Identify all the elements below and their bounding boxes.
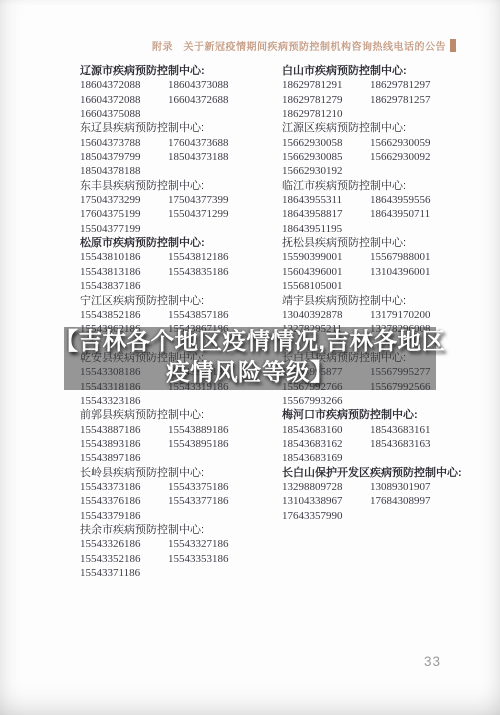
center-title: 东丰县疾病预防控制中心: [80, 179, 280, 193]
phone-number: 13089301907 [370, 481, 431, 493]
phone-number: 13179170200 [370, 309, 431, 321]
phone-row: 16604375088 [80, 107, 280, 121]
phone-number: 15543375186 [168, 481, 229, 493]
center-title: 东辽县疾病预防控制中心: [80, 121, 280, 135]
phone-number: 15543810186 [80, 250, 168, 264]
phone-number: 15543895186 [168, 438, 229, 450]
phone-number: 15543353186 [168, 553, 229, 565]
phone-row: 15543323186 [80, 394, 280, 408]
center-title: 宁江区疾病预防控制中心: [80, 294, 280, 308]
phone-number: 15543889186 [168, 424, 229, 436]
phone-number: 15662930192 [282, 165, 343, 177]
phone-number: 13104396001 [370, 266, 431, 278]
phone-row: 1304039287813179170200 [282, 308, 482, 322]
phone-row: 1560439600113104396001 [282, 265, 482, 279]
phone-number: 18643950711 [370, 208, 430, 220]
phone-number: 18543683160 [282, 423, 370, 437]
header-note: 附录 关于新冠疫情期间疾病预防控制机构咨询热线电话的公告 [152, 38, 456, 53]
phone-number: 18504379799 [80, 150, 168, 164]
phone-number: 13104338967 [282, 494, 370, 508]
phone-number: 18604373088 [168, 79, 229, 91]
phone-row: 1864395531118643959556 [282, 193, 482, 207]
phone-list-column-right: 白山市疾病预防控制中心:1862978129118629781297186297… [282, 64, 482, 523]
phone-row: 1566293008515662930092 [282, 150, 482, 164]
center-title: 长白山保护开发区疾病预防控制中心: [282, 466, 482, 480]
phone-number: 15543897186 [80, 452, 141, 464]
center-title: 抚松县疾病预防控制中心: [282, 236, 482, 250]
phone-row: 18543683169 [282, 451, 482, 465]
center-title: 白山市疾病预防控制中心: [282, 64, 482, 78]
phone-number: 18629781210 [282, 108, 343, 120]
center-title: 辽源市疾病预防控制中心: [80, 64, 280, 78]
phone-number: 15543379186 [80, 510, 141, 522]
phone-number: 13040392878 [282, 308, 370, 322]
phone-number: 15543812186 [168, 251, 229, 263]
phone-number: 15543352186 [80, 552, 168, 566]
overlay-title-line1: 【吉林各个地区疫情情况,吉林各地区 [20, 326, 480, 357]
phone-number: 15604396001 [282, 265, 370, 279]
phone-row: 15662930192 [282, 164, 482, 178]
phone-row: 1860437208818604373088 [80, 78, 280, 92]
phone-row: 15543897186 [80, 451, 280, 465]
phone-row: 1554385218615543857186 [80, 308, 280, 322]
phone-row: 1554389318615543895186 [80, 437, 280, 451]
center-title: 临江市疾病预防控制中心: [282, 179, 482, 193]
phone-row: 18504378188 [80, 164, 280, 178]
phone-number: 18629781291 [282, 78, 370, 92]
phone-row: 1850437979918504373188 [80, 150, 280, 164]
phone-number: 18643955311 [282, 193, 370, 207]
center-title: 扶余市疾病预防控制中心: [80, 523, 280, 537]
phone-number: 15662930085 [282, 150, 370, 164]
center-title: 长岭县疾病预防控制中心: [80, 466, 280, 480]
phone-row: 15543379186 [80, 509, 280, 523]
phone-number: 18629781257 [370, 94, 431, 106]
phone-number: 15662930058 [282, 136, 370, 150]
phone-number: 17504377399 [168, 194, 229, 206]
center-title: 松原市疾病预防控制中心: [80, 236, 280, 250]
phone-row: 1554337618615543377186 [80, 494, 280, 508]
phone-row: 1854368316218543683163 [282, 437, 482, 451]
phone-row: 15543837186 [80, 279, 280, 293]
phone-number: 15568105001 [282, 280, 343, 292]
document-page: 附录 关于新冠疫情期间疾病预防控制机构咨询热线电话的公告 辽源市疾病预防控制中心… [0, 0, 500, 715]
phone-row: 1862978129118629781297 [282, 78, 482, 92]
phone-number: 15543852186 [80, 308, 168, 322]
phone-row: 1554381018615543812186 [80, 250, 280, 264]
phone-number: 15543837186 [80, 280, 141, 292]
phone-number: 16604375088 [80, 108, 141, 120]
phone-row: 1554337318615543375186 [80, 480, 280, 494]
overlay-title-line2: 疫情风险等级】 [20, 357, 480, 388]
phone-row: 1660437208816604372688 [80, 93, 280, 107]
center-title: 靖宇县疾病预防控制中心: [282, 294, 482, 308]
phone-number: 15543327186 [168, 538, 229, 550]
phone-list-column-left: 辽源市疾病预防控制中心:1860437208818604373088166043… [80, 64, 280, 580]
phone-row: 1554335218615543353186 [80, 552, 280, 566]
phone-number: 17643357990 [282, 510, 343, 522]
header-note-text: 附录 关于新冠疫情期间疾病预防控制机构咨询热线电话的公告 [152, 38, 446, 53]
phone-number: 17684308997 [370, 495, 431, 507]
phone-row: 1864395881718643950711 [282, 207, 482, 221]
phone-row: 1559039900115567988001 [282, 250, 482, 264]
phone-number: 18543683169 [282, 452, 343, 464]
phone-number: 18643951195 [282, 223, 342, 235]
phone-number: 15543326186 [80, 537, 168, 551]
phone-row: 15567993266 [282, 394, 482, 408]
phone-number: 18629781279 [282, 93, 370, 107]
phone-number: 18504378188 [80, 165, 141, 177]
phone-number: 15543373186 [80, 480, 168, 494]
phone-number: 18543683161 [370, 424, 431, 436]
phone-number: 15504377199 [80, 223, 141, 235]
phone-row: 1854368316018543683161 [282, 423, 482, 437]
phone-row: 1554388718615543889186 [80, 423, 280, 437]
phone-number: 16604372088 [80, 93, 168, 107]
phone-row: 1862978127918629781257 [282, 93, 482, 107]
phone-number: 18543683162 [282, 437, 370, 451]
phone-number: 15662930092 [370, 151, 431, 163]
page-number: 33 [424, 654, 441, 669]
phone-number: 18504373188 [168, 151, 229, 163]
phone-number: 15543857186 [168, 309, 229, 321]
phone-number: 13298809728 [282, 480, 370, 494]
phone-row: 17643357990 [282, 509, 482, 523]
phone-number: 15543323186 [80, 395, 141, 407]
phone-number: 17604373688 [168, 137, 229, 149]
phone-row: 1554381318615543835186 [80, 265, 280, 279]
phone-row: 1750437329917504377399 [80, 193, 280, 207]
phone-row: 1310433896717684308997 [282, 494, 482, 508]
phone-number: 16604372688 [168, 94, 229, 106]
phone-number: 15543376186 [80, 494, 168, 508]
phone-number: 15543813186 [80, 265, 168, 279]
phone-number: 15543893186 [80, 437, 168, 451]
phone-row: 15568105001 [282, 279, 482, 293]
phone-number: 18643958817 [282, 207, 370, 221]
phone-row: 15504377199 [80, 222, 280, 236]
phone-number: 18643959556 [370, 194, 431, 206]
phone-number: 18629781297 [370, 79, 431, 91]
center-title: 梅河口市疾病预防控制中心: [282, 408, 482, 422]
phone-number: 15590399001 [282, 250, 370, 264]
phone-row: 18629781210 [282, 107, 482, 121]
phone-number: 15543371186 [80, 567, 140, 579]
phone-number: 15543887186 [80, 423, 168, 437]
phone-number: 18543683163 [370, 438, 431, 450]
header-note-bar-icon [450, 39, 456, 52]
phone-row: 1760437519915504371299 [80, 207, 280, 221]
phone-number: 17504373299 [80, 193, 168, 207]
center-title: 前郭县疾病预防控制中心: [80, 408, 280, 422]
phone-row: 1560437378817604373688 [80, 136, 280, 150]
phone-number: 15662930059 [370, 137, 431, 149]
center-title: 江源区疾病预防控制中心: [282, 121, 482, 135]
phone-row: 15543371186 [80, 566, 280, 580]
phone-row: 1554332618615543327186 [80, 537, 280, 551]
phone-row: 1566293005815662930059 [282, 136, 482, 150]
phone-number: 15543377186 [168, 495, 229, 507]
overlay-title: 【吉林各个地区疫情情况,吉林各地区 疫情风险等级】 [20, 326, 480, 387]
phone-row: 1329880972813089301907 [282, 480, 482, 494]
phone-number: 15567988001 [370, 251, 431, 263]
phone-number: 17604375199 [80, 207, 168, 221]
phone-row: 18643951195 [282, 222, 482, 236]
phone-number: 15604373788 [80, 136, 168, 150]
phone-number: 15567993266 [282, 395, 343, 407]
phone-number: 18604372088 [80, 78, 168, 92]
phone-number: 15504371299 [168, 208, 229, 220]
phone-number: 15543835186 [168, 266, 229, 278]
